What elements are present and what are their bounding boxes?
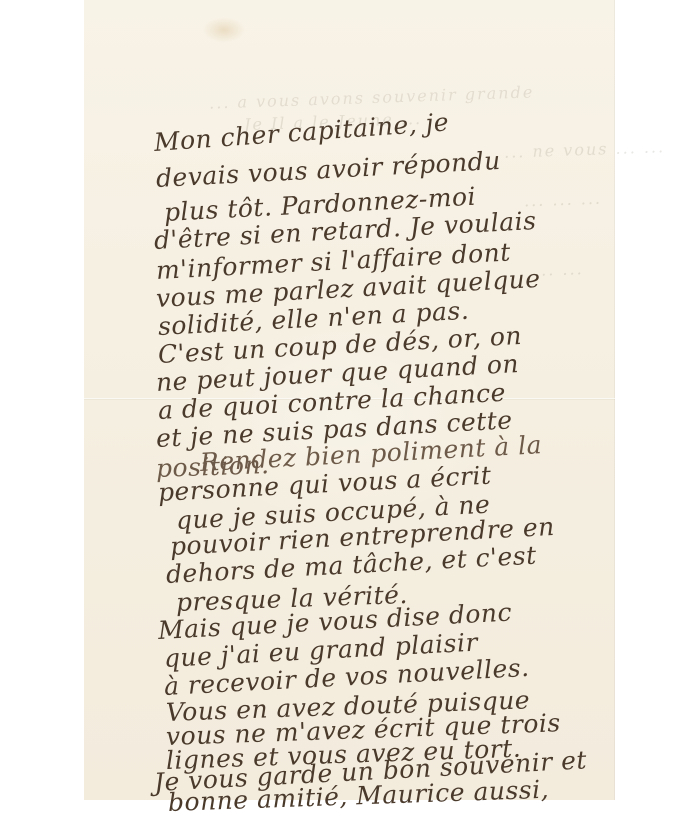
letter-page: ... a vous avons souvenir grande Je Il a… [84, 0, 615, 800]
letter-body: Mon cher capitaine, je devais vous avoir… [84, 0, 615, 800]
letter-line: Mon cher capitaine, je [153, 107, 450, 157]
